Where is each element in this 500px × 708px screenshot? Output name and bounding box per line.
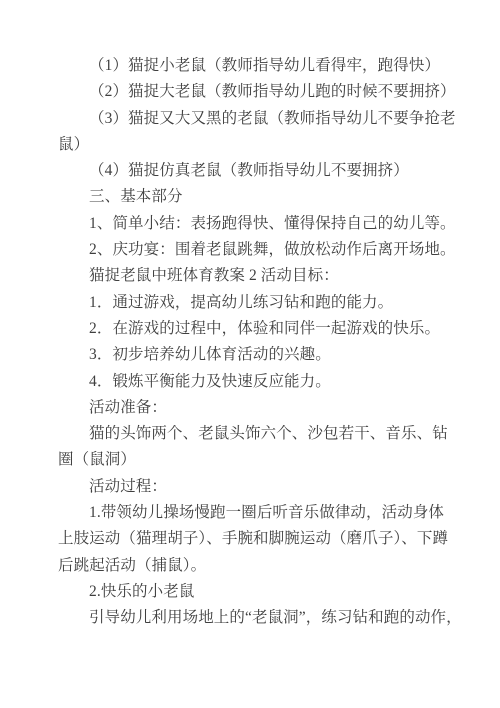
text-line: 1.带领幼儿操场慢跑一圈后听音乐做律动，活动身体: [58, 500, 464, 526]
text-line: （4）猫捉仿真老鼠（教师指导幼儿不要拥挤）: [58, 158, 464, 184]
text-line: 3．初步培养幼儿体育活动的兴趣。: [58, 342, 464, 368]
text-line: 圈（鼠洞）: [58, 447, 464, 473]
document-text-body: （1）猫捉小老鼠（教师指导幼儿看得牢，跑得快）（2）猫捉大老鼠（教师指导幼儿跑的…: [58, 53, 464, 632]
text-line: 后跳起活动（捕鼠）。: [58, 553, 464, 579]
text-line: 三、基本部分: [58, 184, 464, 210]
text-line: 活动过程：: [58, 474, 464, 500]
text-line: 2．在游戏的过程中，体验和同伴一起游戏的快乐。: [58, 316, 464, 342]
text-line: 引导幼儿利用场地上的“老鼠洞”，练习钻和跑的动作，: [58, 605, 464, 631]
text-line: 4．锻炼平衡能力及快速反应能力。: [58, 369, 464, 395]
text-line: 2.快乐的小老鼠: [58, 579, 464, 605]
text-line: 猫捉老鼠中班体育教案 2 活动目标：: [58, 263, 464, 289]
text-line: 1、简单小结：表扬跑得快、懂得保持自己的幼儿等。: [58, 211, 464, 237]
text-line: （2）猫捉大老鼠（教师指导幼儿跑的时候不要拥挤）: [58, 79, 464, 105]
text-line: （3）猫捉又大又黑的老鼠（教师指导幼儿不要争抢老: [58, 106, 464, 132]
text-line: 2、庆功宴：围着老鼠跳舞，做放松动作后离开场地。: [58, 237, 464, 263]
text-line: 上肢运动（猫理胡子）、手腕和脚腕运动（磨爪子）、下蹲: [58, 526, 464, 552]
text-line: 活动准备：: [58, 395, 464, 421]
document-page: （1）猫捉小老鼠（教师指导幼儿看得牢，跑得快）（2）猫捉大老鼠（教师指导幼儿跑的…: [0, 0, 500, 708]
text-line: 猫的头饰两个、老鼠头饰六个、沙包若干、音乐、钻: [58, 421, 464, 447]
text-line: （1）猫捉小老鼠（教师指导幼儿看得牢，跑得快）: [58, 53, 464, 79]
text-line: 鼠）: [58, 132, 464, 158]
text-line: 1．通过游戏，提高幼儿练习钻和跑的能力。: [58, 290, 464, 316]
